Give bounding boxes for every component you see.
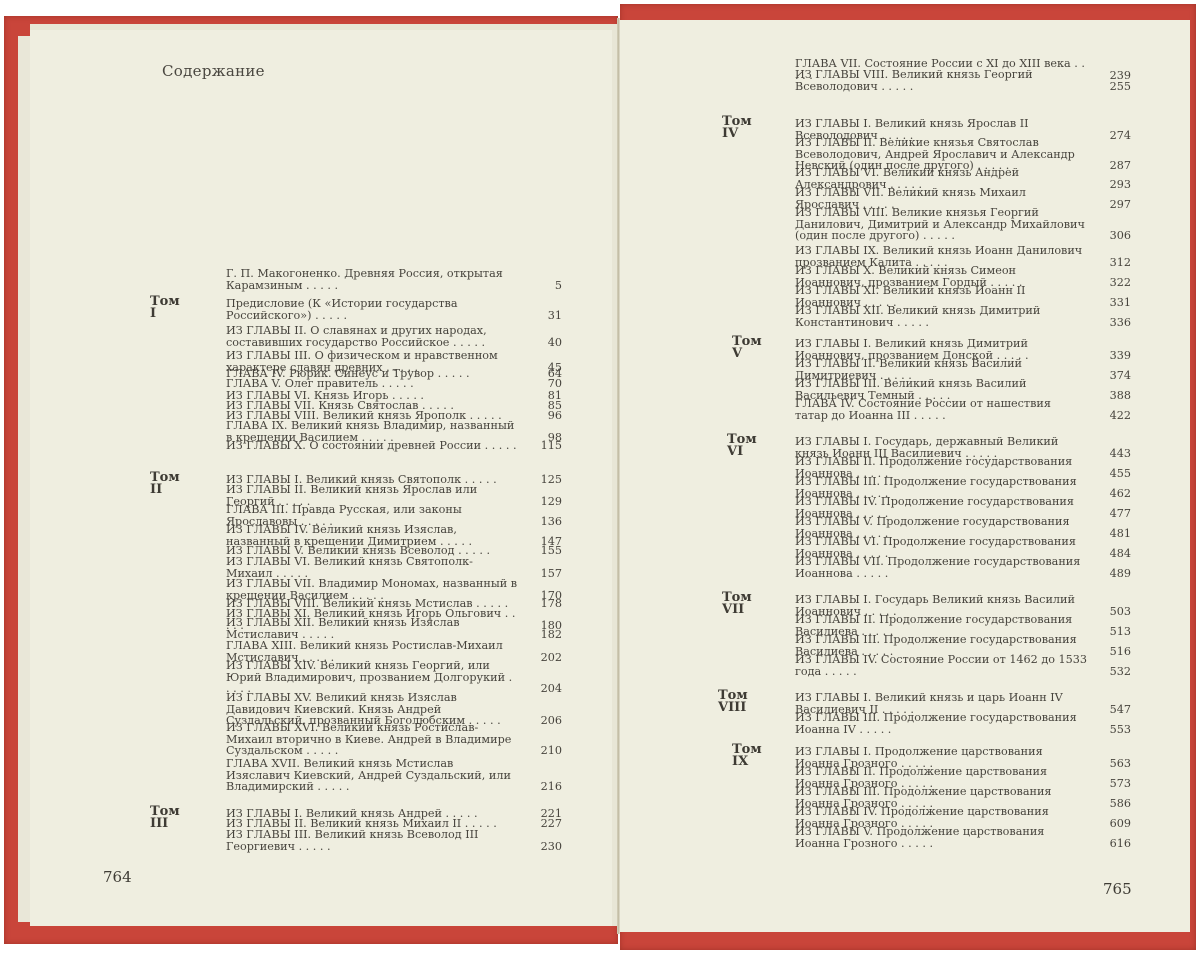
page-number-right: 765 [1103,880,1132,898]
toc-entry-page: 227 [522,818,562,830]
toc-entry-title: ИЗ ГЛАВЫ V. Продолжение царствования Иоа… [795,826,1087,849]
toc-entry: Г. П. Макогоненко. Древняя Россия, откры… [226,268,518,291]
toc-entry-page: 297 [1091,199,1131,211]
toc-entry: ИЗ ГЛАВЫ XVI. Великий князь Ростислав-Ми… [226,722,518,757]
toc-entry-title: ИЗ ГЛАВЫ VI. Великий князь Святополк-Мих… [226,556,518,579]
toc-entry-title: ГЛАВА V. Олег правитель . . . . . [226,378,518,390]
toc-entry-page: 40 [522,337,562,349]
toc-entry: ГЛАВА V. Олег правитель . . . . .70 [226,378,518,390]
toc-entry-page: 202 [522,652,562,664]
toc-entry-title: ИЗ ГЛАВЫ XVI. Великий князь Ростислав-Ми… [226,722,518,757]
toc-entry-page: 477 [1091,508,1131,520]
toc-entry: ИЗ ГЛАВЫ XII. Великий князь Изяслав Мсти… [226,617,518,640]
toc-entry-page: 31 [522,310,562,322]
toc-entry-page: 178 [522,598,562,610]
book-gutter [617,18,620,934]
toc-entry-page: 70 [522,378,562,390]
toc-entry: ИЗ ГЛАВЫ IV. Состояние России от 1462 до… [795,654,1087,677]
toc-entry: ИЗ ГЛАВЫ VI. Великий князь Святополк-Мих… [226,556,518,579]
toc-entry-page: 157 [522,568,562,580]
page-title: Содержание [162,62,265,80]
toc-entry-page: 322 [1091,277,1131,289]
toc-entry-title: ИЗ ГЛАВЫ II. О славянах и других народах… [226,325,518,348]
toc-entry-title: ИЗ ГЛАВЫ III. Продолжение государствован… [795,712,1087,735]
toc-entry-title: ИЗ ГЛАВЫ IV. Состояние России от 1462 до… [795,654,1087,677]
toc-entry-title: ИЗ ГЛАВЫ X. О состоянии древней России .… [226,440,518,452]
toc-entry-page: 206 [522,715,562,727]
toc-entry-page: 293 [1091,179,1131,191]
volume-label: Том VI [727,434,757,457]
toc-entry-title: ИЗ ГЛАВЫ VII. Продолжение государствован… [795,556,1087,579]
toc-entry-title: ИЗ ГЛАВЫ XII. Великий князь Димитрий Кон… [795,305,1087,328]
toc-entry-title: ИЗ ГЛАВЫ VIII. Великие князья Георгий Да… [795,207,1087,242]
volume-label: Том VIII [718,690,748,713]
toc-entry-page: 306 [1091,230,1131,242]
toc-entry-page: 336 [1091,317,1131,329]
toc-entry-title: ГЛАВА IV. Состояние России от нашествия … [795,398,1087,421]
toc-entry: ИЗ ГЛАВЫ X. О состоянии древней России .… [226,440,518,452]
volume-label: Том I [150,296,180,319]
toc-entry-page: 115 [522,440,562,452]
toc-entry-page: 216 [522,781,562,793]
toc-entry: Предисловие (К «Истории государства Росс… [226,298,518,321]
toc-entry-title: ИЗ ГЛАВЫ VIII. Великий князь Георгий Все… [795,69,1087,92]
toc-entry: ИЗ ГЛАВЫ VIII. Великий князь Георгий Все… [795,69,1087,92]
toc-entry-title: ИЗ ГЛАВЫ III. Великий князь Всеволод III… [226,829,518,852]
toc-entry-page: 563 [1091,758,1131,770]
toc-entry-page: 374 [1091,370,1131,382]
toc-entry-page: 96 [522,410,562,422]
toc-entry-page: 484 [1091,548,1131,560]
toc-entry-page: 125 [522,474,562,486]
toc-entry-title: Г. П. Макогоненко. Древняя Россия, откры… [226,268,518,291]
toc-entry-page: 255 [1091,81,1131,93]
toc-entry: ГЛАВА IV. Состояние России от нашествия … [795,398,1087,421]
toc-entry-page: 312 [1091,257,1131,269]
toc-entry-page: 586 [1091,798,1131,810]
toc-entry-page: 155 [522,545,562,557]
toc-entry-page: 443 [1091,448,1131,460]
volume-label: Том VII [722,592,752,615]
toc-entry-page: 573 [1091,778,1131,790]
volume-label: Том IV [722,116,752,139]
toc-entry: ИЗ ГЛАВЫ III. Продолжение государствован… [795,712,1087,735]
toc-entry-page: 182 [522,629,562,641]
toc-entry-page: 331 [1091,297,1131,309]
toc-entry-page: 532 [1091,666,1131,678]
toc-entry-page: 210 [522,745,562,757]
toc-entry-page: 230 [522,841,562,853]
toc-entry-page: 204 [522,683,562,695]
toc-entry: ИЗ ГЛАВЫ VII. Продолжение государствован… [795,556,1087,579]
toc-entry: ИЗ ГЛАВЫ XII. Великий князь Димитрий Кон… [795,305,1087,328]
toc-entry-title: ГЛАВА XVII. Великий князь Мстислав Изясл… [226,758,518,793]
volume-label: Том V [732,336,762,359]
toc-entry: ГЛАВА XVII. Великий князь Мстислав Изясл… [226,758,518,793]
toc-entry-page: 609 [1091,818,1131,830]
toc-entry-page: 547 [1091,704,1131,716]
volume-label: Том II [150,472,180,495]
toc-entry-page: 489 [1091,568,1131,580]
toc-entry: ИЗ ГЛАВЫ III. Великий князь Всеволод III… [226,829,518,852]
toc-entry-page: 388 [1091,390,1131,402]
toc-entry-page: 455 [1091,468,1131,480]
page-number-left: 764 [103,868,132,886]
toc-entry-title: Предисловие (К «Истории государства Росс… [226,298,518,321]
toc-entry-title: ИЗ ГЛАВЫ XII. Великий князь Изяслав Мсти… [226,617,518,640]
toc-entry: ИЗ ГЛАВЫ V. Продолжение царствования Иоа… [795,826,1087,849]
toc-entry-page: 129 [522,496,562,508]
toc-entry-page: 287 [1091,160,1131,172]
toc-entry-title: ИЗ ГЛАВЫ XIV. Великий князь Георгий, или… [226,660,518,695]
toc-entry-page: 503 [1091,606,1131,618]
toc-entry-page: 136 [522,516,562,528]
toc-entry-page: 481 [1091,528,1131,540]
toc-entry-page: 513 [1091,626,1131,638]
toc-entry-page: 553 [1091,724,1131,736]
volume-label: Том IX [732,744,762,767]
volume-label: Том III [150,806,180,829]
toc-entry-page: 5 [522,280,562,292]
toc-entry-page: 462 [1091,488,1131,500]
toc-entry: ИЗ ГЛАВЫ II. О славянах и других народах… [226,325,518,348]
toc-entry: ИЗ ГЛАВЫ XIV. Великий князь Георгий, или… [226,660,518,695]
toc-entry-page: 339 [1091,350,1131,362]
toc-entry-page: 616 [1091,838,1131,850]
toc-entry: ИЗ ГЛАВЫ VIII. Великие князья Георгий Да… [795,207,1087,242]
toc-entry-page: 422 [1091,410,1131,422]
toc-entry-page: 274 [1091,130,1131,142]
toc-entry-page: 516 [1091,646,1131,658]
